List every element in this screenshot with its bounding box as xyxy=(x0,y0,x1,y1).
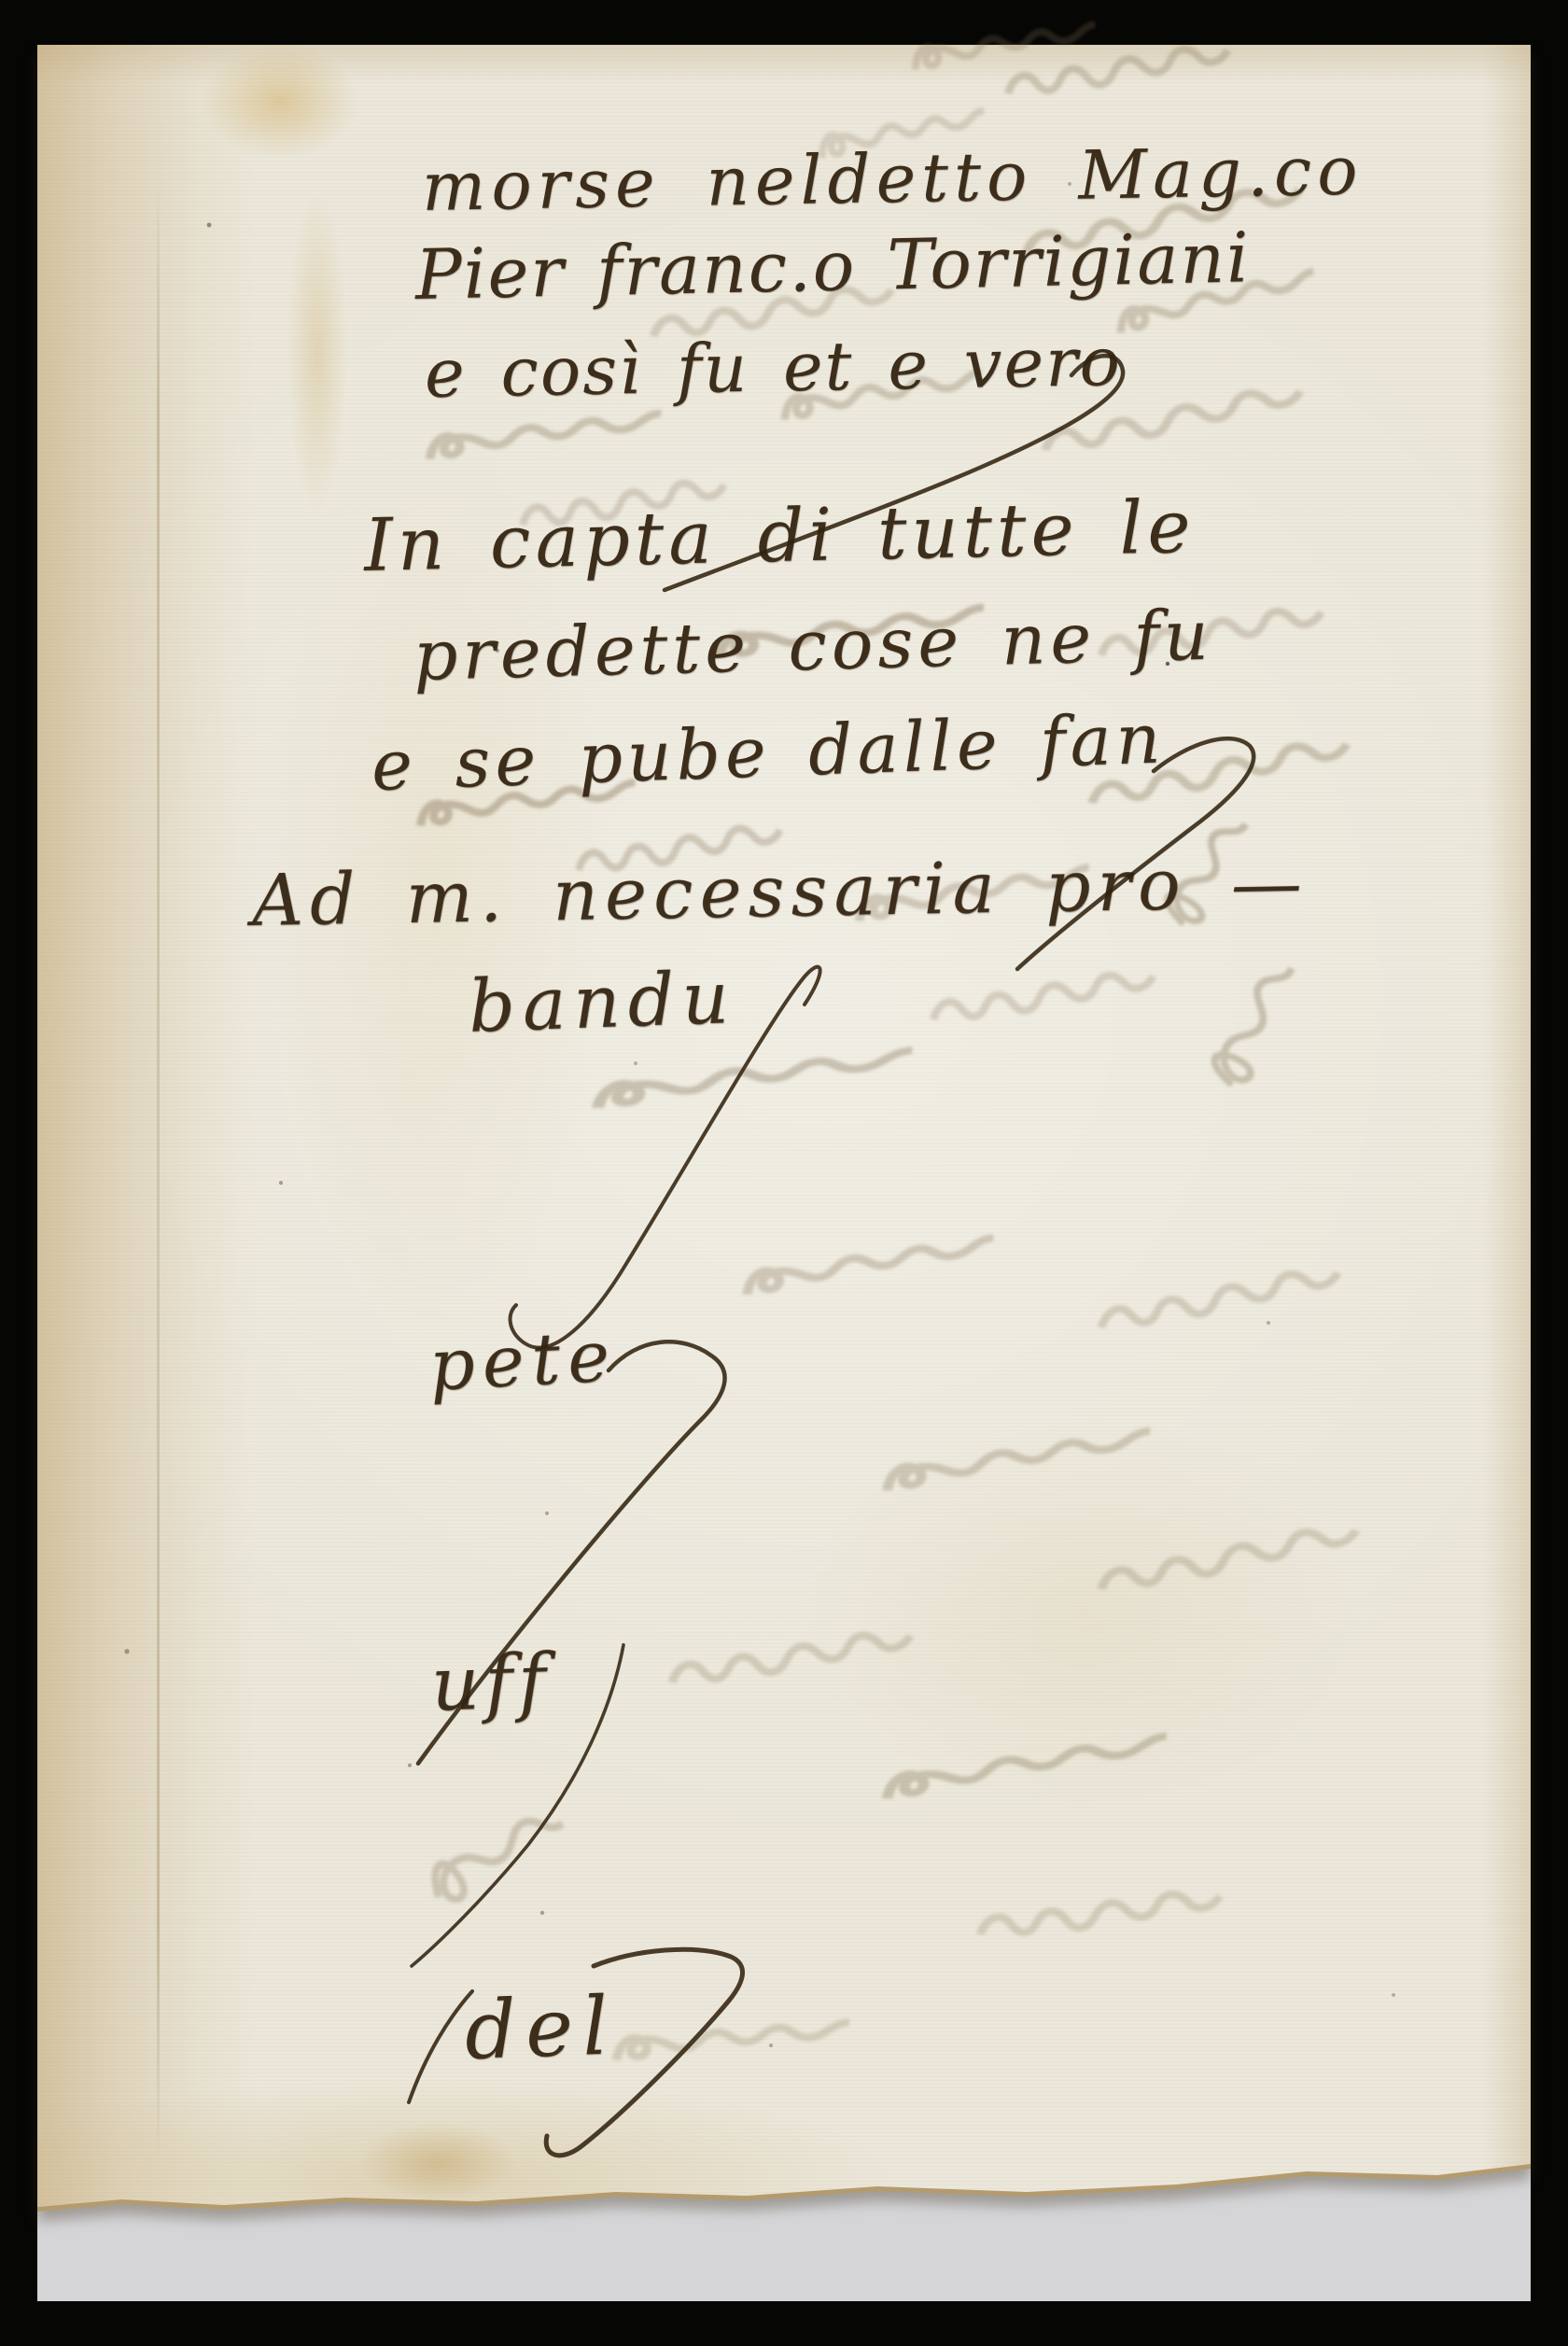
pen-flourish xyxy=(665,356,1123,590)
pen-flourish-layer xyxy=(0,0,1568,2346)
pen-flourish xyxy=(412,1645,623,1966)
scan-canvas: morse neldetto Mag.co Pier franc.o Torri… xyxy=(0,0,1568,2346)
pen-flourish xyxy=(546,1949,742,2156)
pen-flourish xyxy=(511,967,820,1348)
pen-flourish xyxy=(418,1342,725,1763)
pen-flourish xyxy=(1017,738,1253,969)
pen-flourish xyxy=(409,1991,472,2102)
